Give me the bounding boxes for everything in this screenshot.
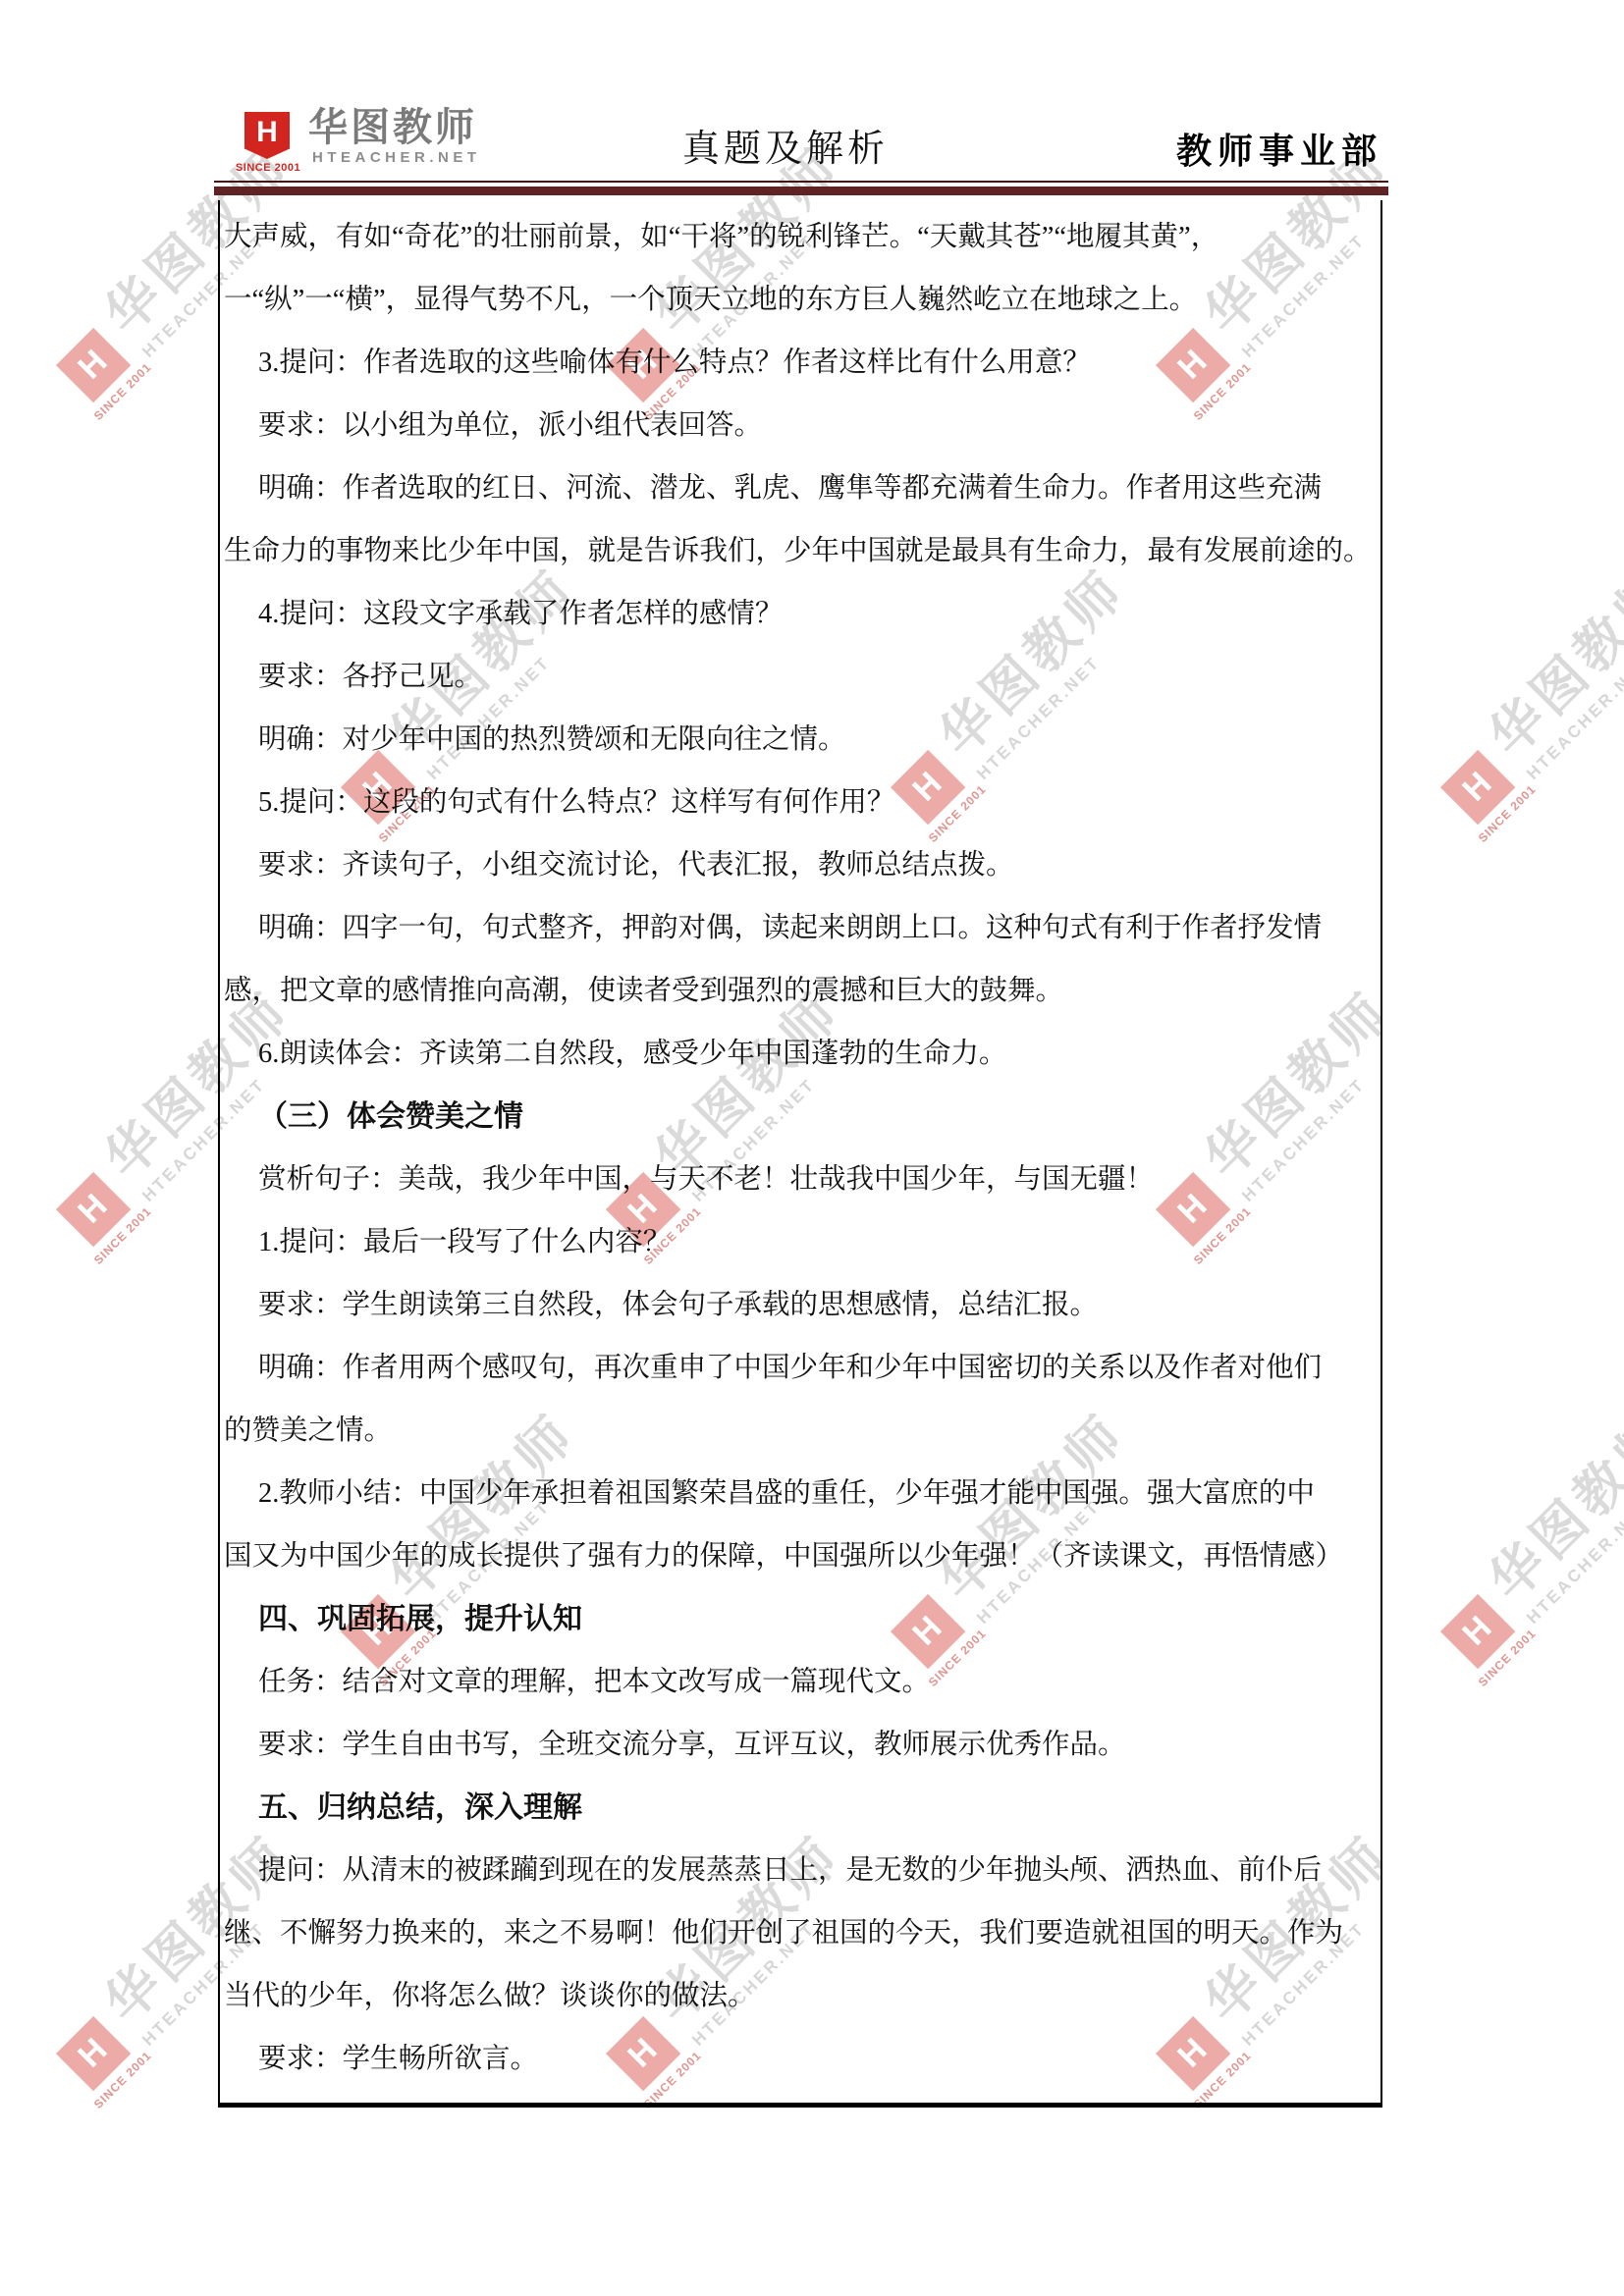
header-rule-thick: [214, 187, 1388, 195]
watermark-logo-icon: HSINCE 2001: [1440, 1594, 1515, 1669]
content-box: 大声威，有如“奇花”的壮丽前景，如“干将”的锐利锋芒。“天戴其苍”“地履其黄”，…: [218, 200, 1382, 2108]
text-line: 国又为中国少年的成长提供了强有力的保障，中国强所以少年强！（齐读课文，再悟情感）: [224, 1525, 1379, 1588]
watermark-site-text: HTEACHER.NET: [1523, 1448, 1624, 1629]
department-label: 教师事业部: [1176, 124, 1382, 174]
text-line: 要求：学生自由书写，全班交流分享，互评互议，教师展示优秀作品。: [224, 1714, 1379, 1777]
text-line: 明确：作者用两个感叹句，再次重申了中国少年和少年中国密切的关系以及作者对他们: [224, 1337, 1379, 1400]
section-heading: （三）体会赞美之情: [224, 1086, 1379, 1148]
watermark-brand-text: 华图教师: [1481, 561, 1624, 766]
watermark-logo-icon: HSINCE 2001: [56, 1172, 131, 1247]
text-line: 要求：以小组为单位，派小组代表回答。: [224, 395, 1379, 457]
text-line: 继、不懈努力换来的，来之不易啊！他们开创了祖国的今天，我们要造就祖国的明天。作为: [224, 1902, 1379, 1965]
text-line: 1.提问：最后一段写了什么内容？: [224, 1211, 1379, 1274]
watermark-monogram: H: [1455, 1609, 1499, 1653]
text-line: 提问：从清末的被蹂躏到现在的发展蒸蒸日上，是无数的少年抛头颅、洒热血、前仆后: [224, 1840, 1379, 1902]
watermark-brand-text: 华图教师: [1481, 1406, 1624, 1610]
watermark-logo-icon: HSINCE 2001: [56, 2016, 131, 2091]
watermark-tile: HSINCE 2001华图教师HTEACHER.NET: [1414, 1502, 1624, 1581]
text-line: 任务：结合对文章的理解，把本文改写成一篇现代文。: [224, 1651, 1379, 1714]
watermark-monogram: H: [71, 2031, 115, 2075]
text-line: 明确：作者选取的红日、河流、潜龙、乳虎、鹰隼等都充满着生命力。作者用这些充满: [224, 457, 1379, 520]
text-line: 4.提问：这段文字承载了作者怎样的感情？: [224, 583, 1379, 646]
watermark-logo-icon: HSINCE 2001: [56, 328, 131, 402]
text-line: 当代的少年，你将怎么做？谈谈你的做法。: [224, 1965, 1379, 2028]
watermark-since-label: SINCE 2001: [1476, 781, 1539, 844]
document-page: HSINCE 2001华图教师HTEACHER.NETHSINCE 2001华图…: [0, 0, 1624, 2296]
text-line: 要求：齐读句子，小组交流讨论，代表汇报，教师总结点拨。: [224, 834, 1379, 897]
watermark-monogram: H: [71, 1187, 115, 1231]
watermark-since-label: SINCE 2001: [91, 1203, 154, 1266]
text-line: 要求：学生朗读第三自然段，体会句子承载的思想感情，总结汇报。: [224, 1274, 1379, 1337]
text-line: 5.提问：这段的句式有什么特点？这样写有何作用？: [224, 772, 1379, 834]
text-line: 要求：学生畅所欲言。: [224, 2028, 1379, 2091]
document-body: 大声威，有如“奇花”的壮丽前景，如“干将”的锐利锋芒。“天戴其苍”“地履其黄”，…: [220, 200, 1380, 2091]
watermark-since-label: SINCE 2001: [1476, 1626, 1539, 1688]
watermark-since-label: SINCE 2001: [91, 2048, 154, 2110]
text-line: 3.提问：作者选取的这些喻体有什么特点？作者这样比有什么用意？: [224, 332, 1379, 395]
text-line: 明确：对少年中国的热烈赞颂和无限向往之情。: [224, 709, 1379, 772]
section-heading: 四、巩固拓展，提升认知: [224, 1588, 1379, 1651]
watermark-since-label: SINCE 2001: [91, 359, 154, 422]
text-line: 赏析句子：美哉，我少年中国，与天不老！壮哉我中国少年，与国无疆！: [224, 1148, 1379, 1211]
header-rule-thin: [214, 181, 1388, 183]
text-line: 生命力的事物来比少年中国，就是告诉我们，少年中国就是最具有生命力，最有发展前途的…: [224, 520, 1379, 583]
text-line: 的赞美之情。: [224, 1400, 1379, 1463]
text-line: 2.教师小结：中国少年承担着祖国繁荣昌盛的重任，少年强才能中国强。强大富庶的中: [224, 1463, 1379, 1525]
text-line: 感，把文章的感情推向高潮，使读者受到强烈的震撼和巨大的鼓舞。: [224, 960, 1379, 1023]
watermark-logo-icon: HSINCE 2001: [1440, 750, 1515, 825]
text-line: 6.朗读体会：齐读第二自然段，感受少年中国蓬勃的生命力。: [224, 1023, 1379, 1086]
text-line: 明确：四字一句，句式整齐，押韵对偶，读起来朗朗上口。这种句式有利于作者抒发情: [224, 897, 1379, 960]
watermark-monogram: H: [1455, 765, 1499, 809]
watermark-monogram: H: [71, 343, 115, 387]
text-line: 大声威，有如“奇花”的壮丽前景，如“干将”的锐利锋芒。“天戴其苍”“地履其黄”，: [224, 206, 1379, 269]
text-line: 一“纵”一“横”，显得气势不凡，一个顶天立地的东方巨人巍然屹立在地球之上。: [224, 269, 1379, 332]
page-header: H SINCE 2001 华图教师 HTEACHER.NET 真题及解析 教师事…: [0, 0, 1624, 206]
watermark-site-text: HTEACHER.NET: [1523, 604, 1624, 784]
watermark-tile: HSINCE 2001华图教师HTEACHER.NET: [1414, 658, 1624, 737]
section-heading: 五、归纳总结，深入理解: [224, 1777, 1379, 1840]
text-line: 要求：各抒己见。: [224, 646, 1379, 709]
